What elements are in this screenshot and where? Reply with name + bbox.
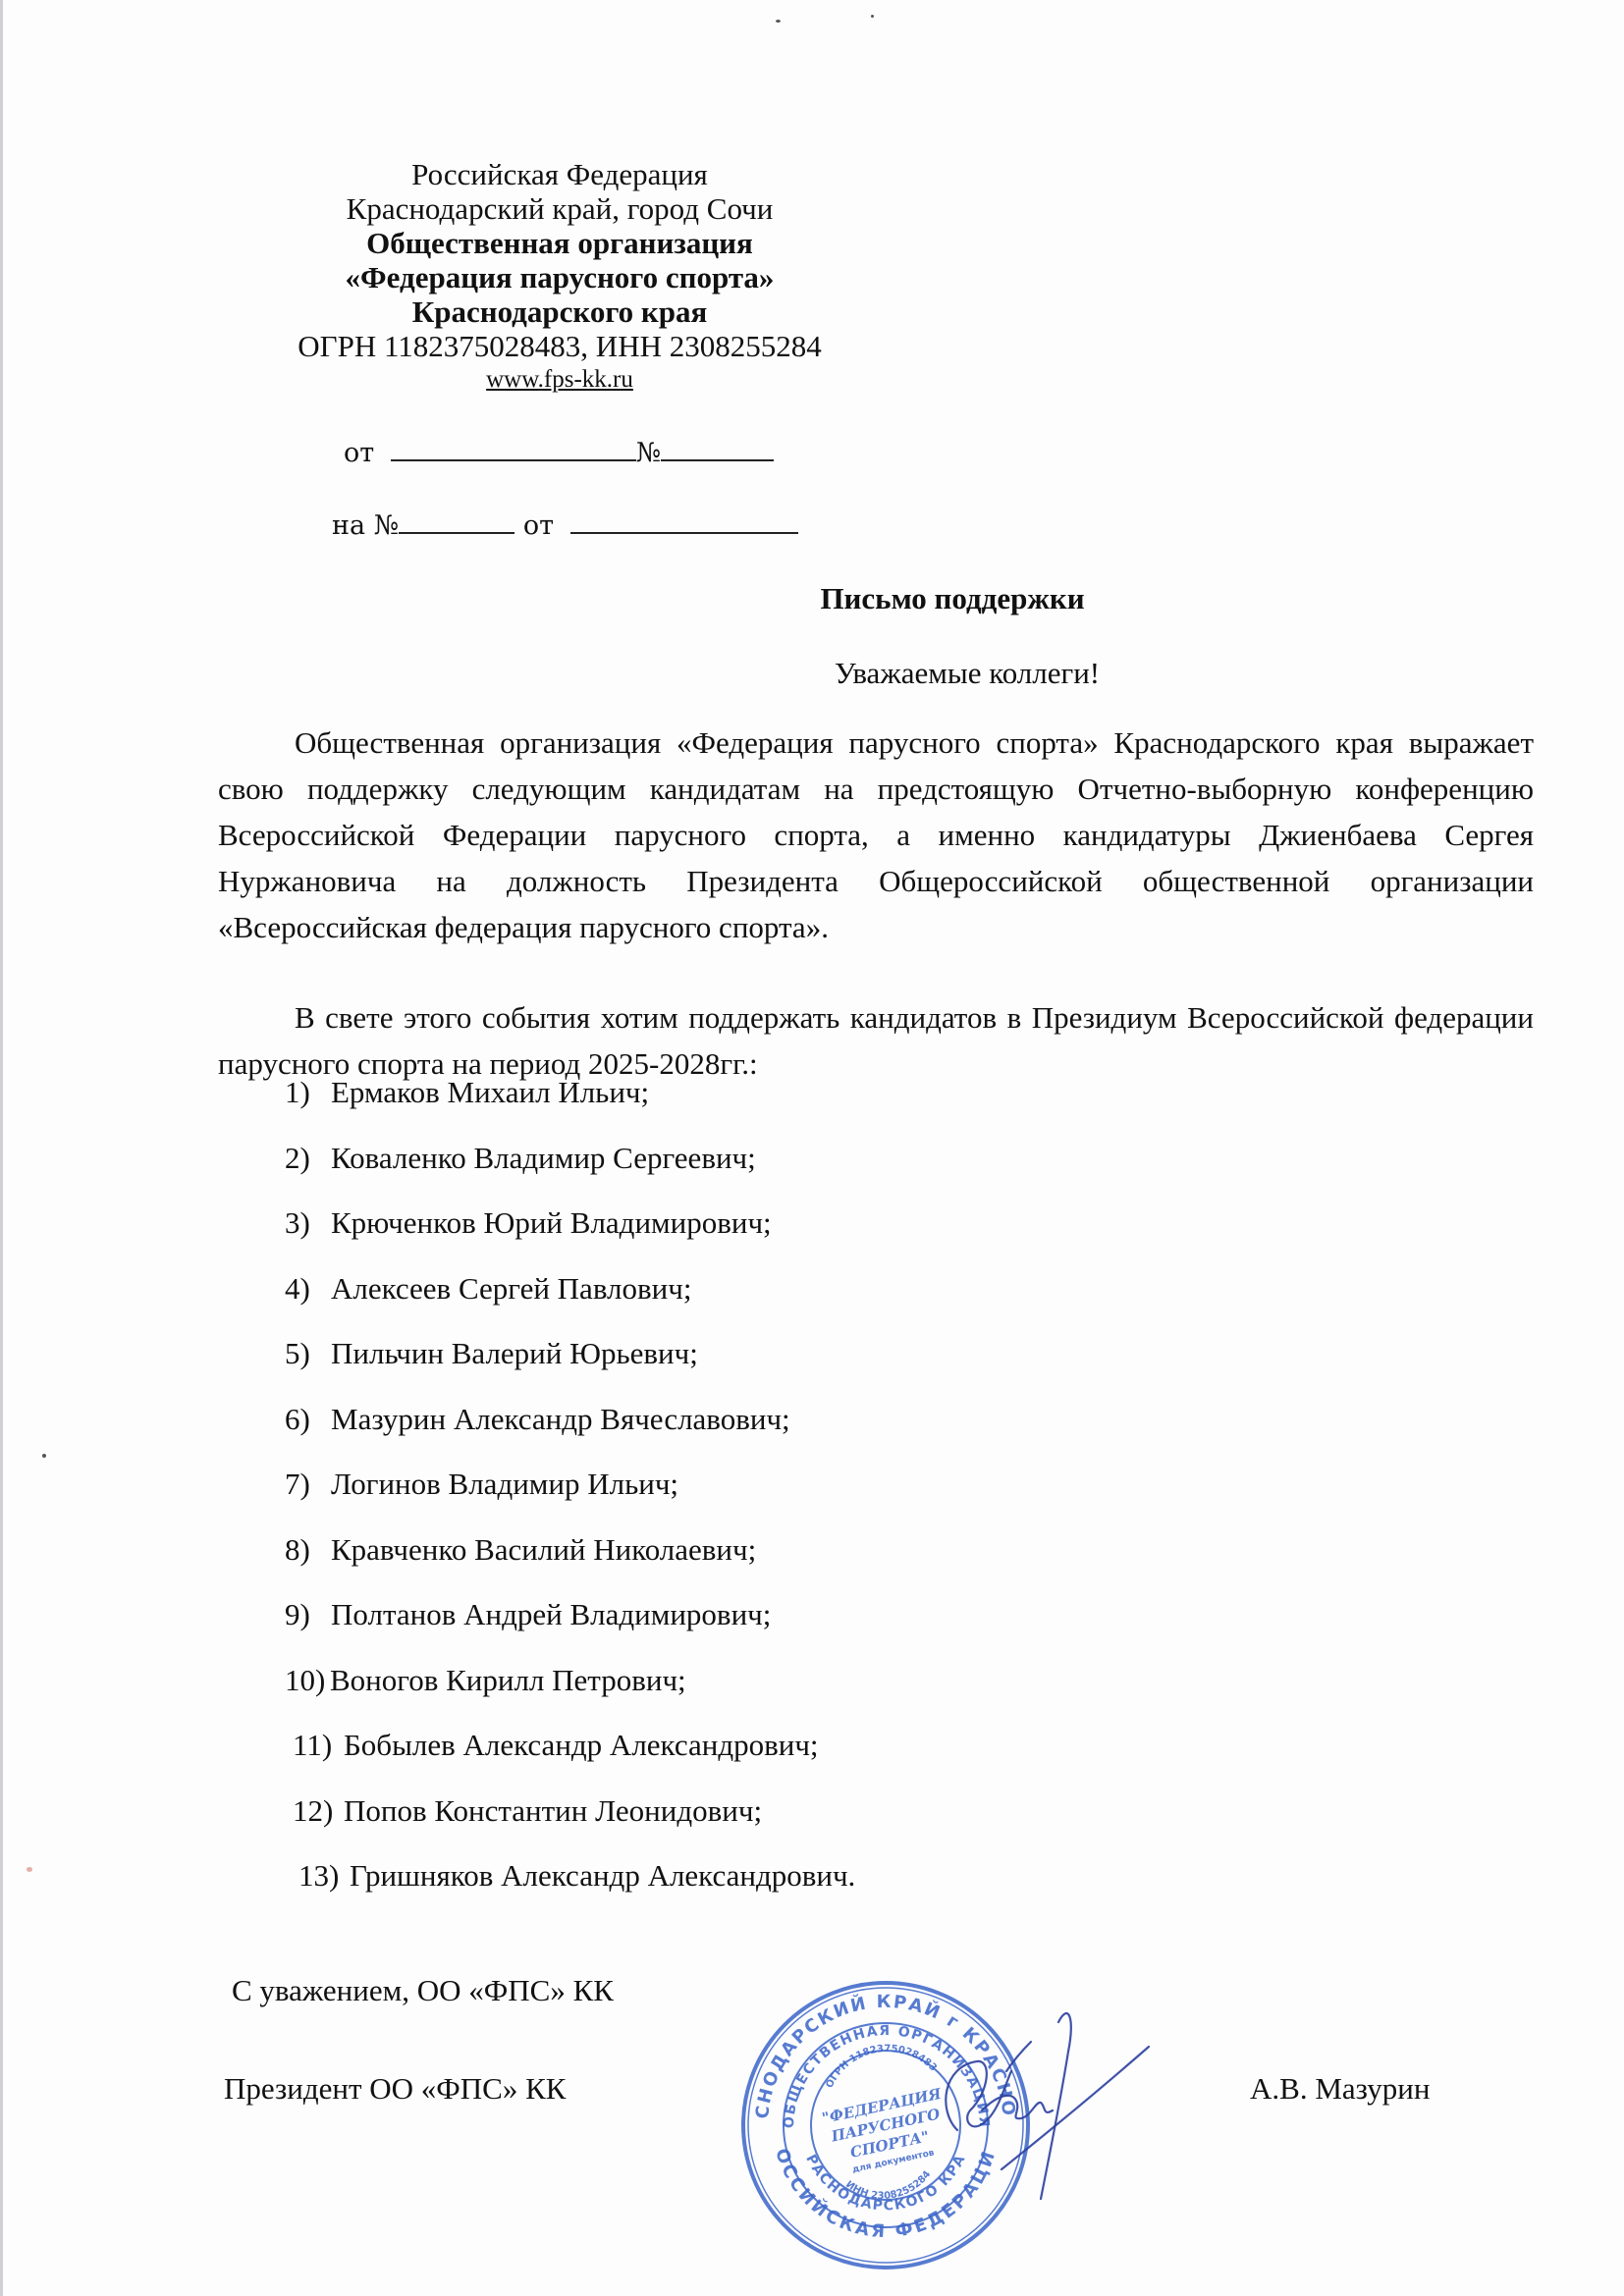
document-page: Российская Федерация Краснодарский край,… [0,0,1624,2296]
list-item: 5)Пильчин Валерий Юрьевич; [285,1334,855,1400]
handwritten-signature-icon [884,1963,1159,2218]
list-item: 7)Логинов Владимир Ильич; [285,1465,855,1530]
letterhead-org-region: Краснодарского края [255,294,864,329]
incoming-reference: на № от [332,508,798,541]
list-item: 10)Воногов Кирилл Петрович; [285,1661,855,1727]
list-item: 11)Бобылев Александр Александрович; [285,1726,855,1791]
list-item: 12)Попов Константин Леонидович; [285,1791,855,1857]
letterhead-registration: ОГРН 1182375028483, ИНН 2308255284 [255,329,864,363]
letter-title: Письмо поддержки [0,581,1624,616]
list-item: 8)Кравченко Василий Николаевич; [285,1530,855,1596]
letterhead-org-name: «Федерация парусного спорта» [255,260,864,294]
reply-label: на [332,510,365,541]
letterhead-country: Российская Федерация [255,157,864,191]
letter-greeting: Уважаемые коллеги! [0,656,1624,691]
list-item: 6)Мазурин Александр Вячеславович; [285,1400,855,1466]
scan-speck [871,15,874,18]
list-item: 4)Алексеев Сергей Павлович; [285,1269,855,1335]
date-blank [391,436,636,461]
scan-speck [42,1454,46,1458]
list-item: 1)Ермаков Михаил Ильич; [285,1073,855,1139]
letterhead-org-type: Общественная организация [255,226,864,260]
reply-number-sign: № [374,510,400,541]
reply-from-label: от [523,510,554,541]
number-blank [661,436,774,461]
reply-date-blank [570,508,798,534]
letterhead-website-link[interactable]: www.fps-kk.ru [255,363,864,397]
letterhead-region: Краснодарский край, город Сочи [255,191,864,226]
number-sign: № [636,438,662,468]
signer-position: Президент ОО «ФПС» КК [224,2071,566,2107]
letterhead: Российская Федерация Краснодарский край,… [255,157,864,397]
list-item: 9)Полтанов Андрей Владимирович; [285,1595,855,1661]
outgoing-reference: от № [344,436,774,468]
list-item: 3)Крюченков Юрий Владимирович; [285,1203,855,1269]
body-paragraph-1: Общественная организация «Федерация пару… [218,720,1534,950]
reply-number-blank [399,508,514,534]
signer-name: А.В. Мазурин [1250,2071,1430,2107]
candidate-list: 1)Ермаков Михаил Ильич; 2)Коваленко Влад… [285,1073,855,1922]
from-label: от [344,438,374,468]
list-item: 13)Гришняков Александр Александрович. [285,1856,855,1922]
scan-edge [0,0,3,2296]
list-item: 2)Коваленко Владимир Сергеевич; [285,1139,855,1204]
scan-speck [27,1867,32,1872]
closing-regards: С уважением, ОО «ФПС» КК [232,1973,614,2008]
scan-speck [776,20,781,23]
